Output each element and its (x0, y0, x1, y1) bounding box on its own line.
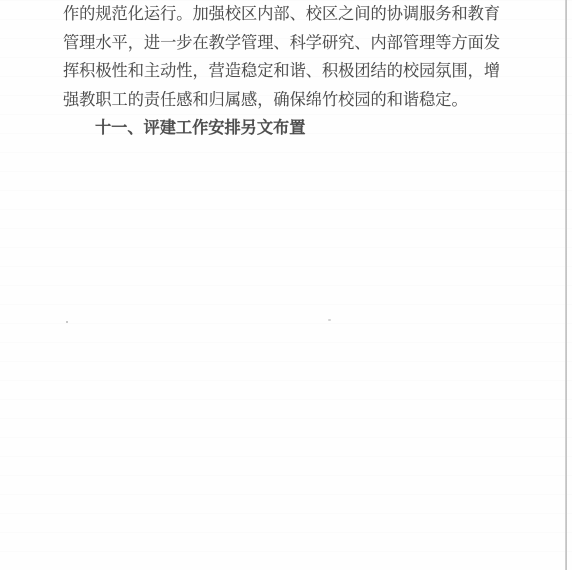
text-block: 作的规范化运行。加强校区内部、校区之间的协调服务和教育 管理水平，进一步在教学管… (63, 0, 503, 143)
section-heading: 十一、评建工作安排另文布置 (63, 114, 503, 143)
paragraph-line: 作的规范化运行。加强校区内部、校区之间的协调服务和教育 (63, 0, 503, 29)
paragraph-line: 管理水平，进一步在教学管理、科学研究、内部管理等方面发 (63, 29, 503, 58)
page-edge-shadow (565, 0, 567, 570)
paragraph-line: 挥积极性和主动性，营造稳定和谐、积极团结的校园氛围，增 (63, 57, 503, 86)
scan-speck (328, 319, 331, 321)
paragraph-line: 强教职工的责任感和归属感，确保绵竹校园的和谐稳定。 (63, 86, 503, 115)
scan-speck (66, 321, 68, 323)
document-page: 作的规范化运行。加强校区内部、校区之间的协调服务和教育 管理水平，进一步在教学管… (0, 0, 572, 570)
